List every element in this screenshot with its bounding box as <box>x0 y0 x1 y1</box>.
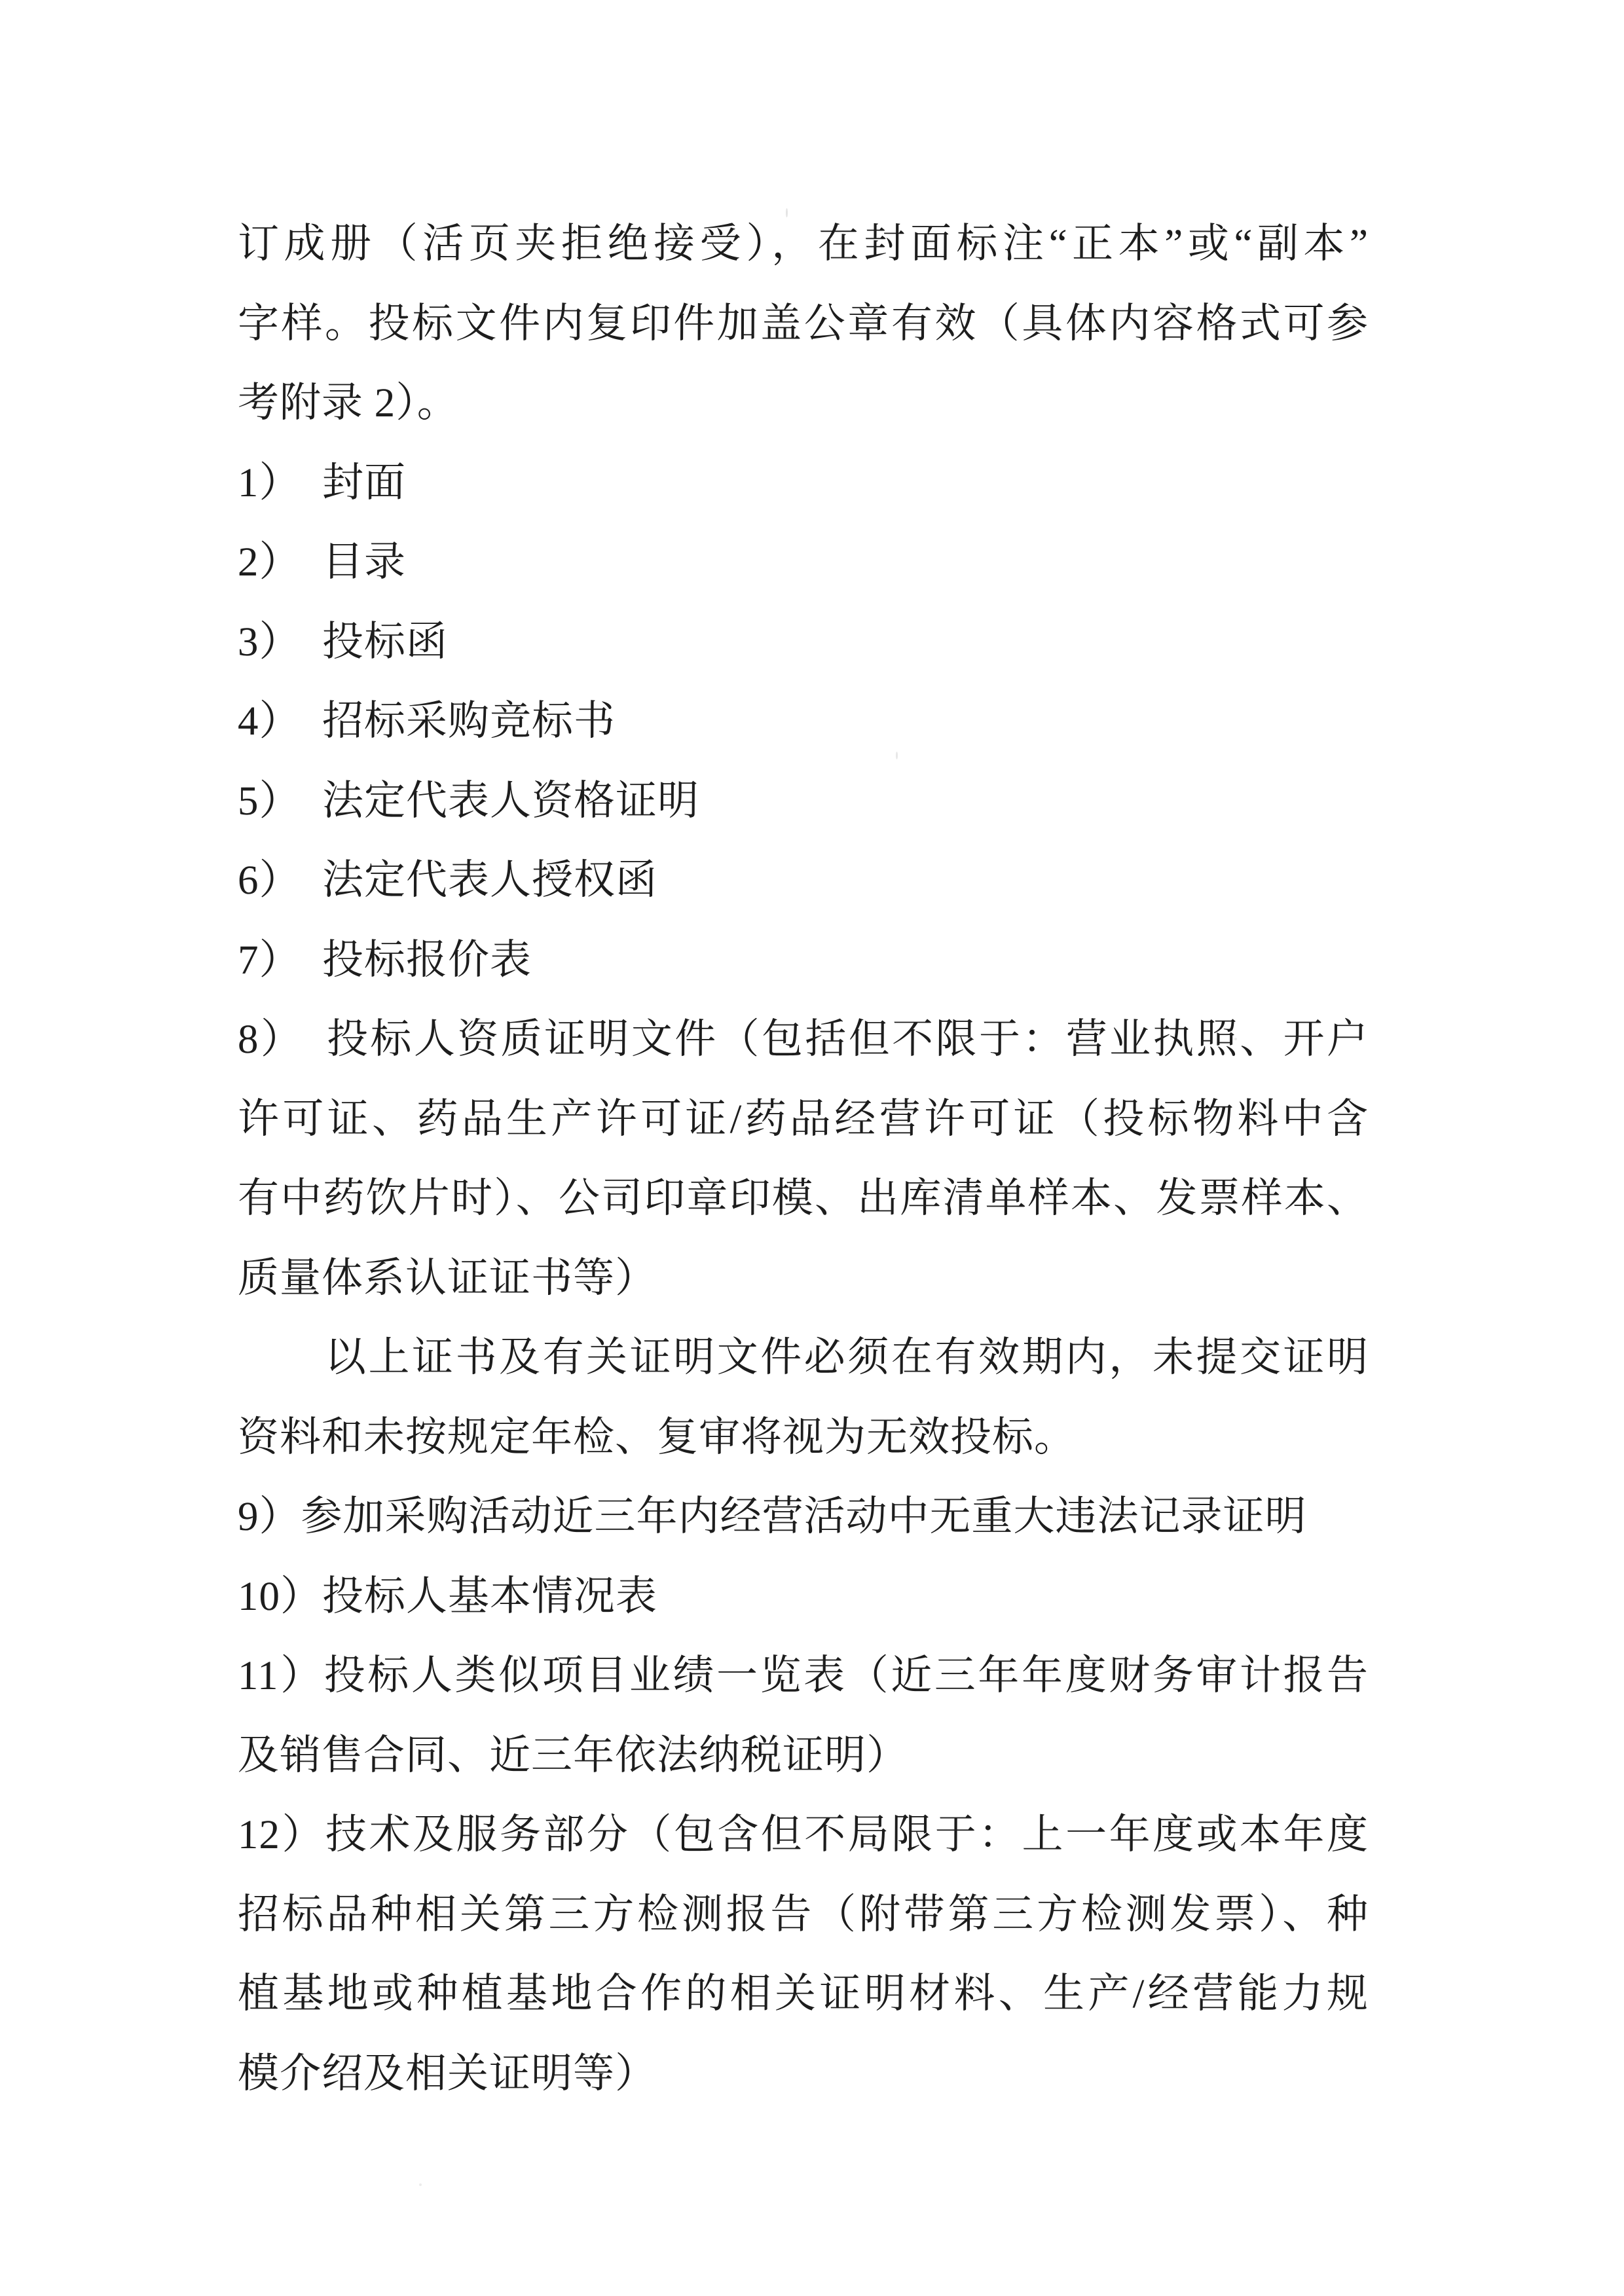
list-item-line: 3） 投标函 <box>238 602 1369 682</box>
list-item-line: 7） 投标报价表 <box>238 920 1369 1000</box>
scanned-document-page: 订成册（活页夹拒绝接受），在封面标注“正本”或“副本” 字样。投标文件内复印件加… <box>0 0 1624 2296</box>
text-line: 字样。投标文件内复印件加盖公章有效（具体内容格式可参 <box>238 284 1369 364</box>
text-line: 及销售合同、近三年依法纳税证明） <box>238 1716 1369 1796</box>
list-item-line: 11）投标人类似项目业绩一览表（近三年年度财务审计报告 <box>238 1636 1369 1716</box>
list-item-line: 2） 目录 <box>238 522 1369 602</box>
list-item-line: 8） 投标人资质证明文件（包括但不限于：营业执照、开户 <box>238 1000 1369 1080</box>
text-line: 模介绍及相关证明等） <box>238 2034 1369 2114</box>
scan-speck <box>1234 1038 1237 1040</box>
scan-speck <box>896 752 898 759</box>
scan-speck <box>786 208 788 217</box>
text-line: 资料和未按规定年检、复审将视为无效投标。 <box>238 1398 1369 1478</box>
list-item-line: 4） 招标采购竞标书 <box>238 682 1369 761</box>
text-line: 招标品种相关第三方检测报告（附带第三方检测发票）、种 <box>238 1875 1369 1955</box>
text-line: 植基地或种植基地合作的相关证明材料、生产/经营能力规 <box>238 1954 1369 2034</box>
text-line: 以上证书及有关证明文件必须在有效期内，未提交证明 <box>238 1318 1369 1398</box>
scan-speck <box>419 2183 422 2186</box>
list-item-line: 9）参加采购活动近三年内经营活动中无重大违法记录证明 <box>238 1477 1369 1557</box>
text-line: 有中药饮片时）、公司印章印模、出库清单样本、发票样本、 <box>238 1159 1369 1239</box>
list-item-line: 5） 法定代表人资格证明 <box>238 761 1369 841</box>
text-line: 许可证、药品生产许可证/药品经营许可证（投标物料中含 <box>238 1080 1369 1159</box>
list-item-line: 1） 封面 <box>238 443 1369 523</box>
list-item-line: 10）投标人基本情况表 <box>238 1557 1369 1637</box>
text-line: 考附录 2）。 <box>238 363 1369 443</box>
list-item-line: 6） 法定代表人授权函 <box>238 841 1369 920</box>
list-item-line: 12）技术及服务部分（包含但不局限于：上一年度或本年度 <box>238 1795 1369 1875</box>
document-text-block: 订成册（活页夹拒绝接受），在封面标注“正本”或“副本” 字样。投标文件内复印件加… <box>238 204 1369 2113</box>
text-line: 订成册（活页夹拒绝接受），在封面标注“正本”或“副本” <box>238 204 1369 284</box>
text-line: 质量体系认证证书等） <box>238 1239 1369 1319</box>
